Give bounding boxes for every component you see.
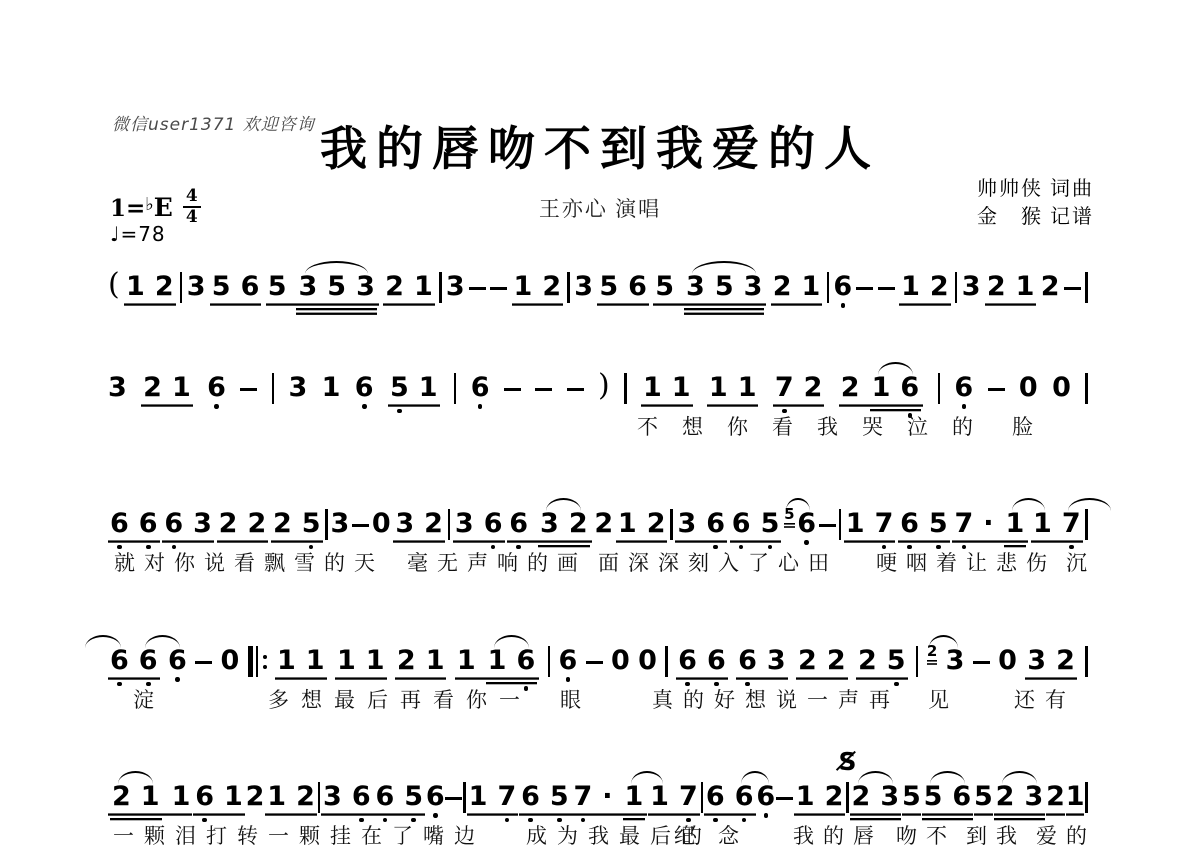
music-line: (123565353213123565353216123212 — [0, 274, 1200, 303]
note: 3 — [193, 511, 212, 537]
octave-dot — [478, 404, 483, 409]
slur-arc — [1012, 498, 1046, 511]
dash-note — [988, 388, 1005, 391]
note: 1 — [126, 274, 145, 300]
beam-group: 12 — [512, 274, 564, 300]
lyric-segment: 见 — [928, 684, 958, 714]
lyrics-row: 就对你说看飘雪的天毫无声响的画面深深刻入了心田哽咽着让悲伤沉 — [0, 547, 1200, 577]
beam-group: 11 — [641, 375, 693, 401]
note: 2 — [397, 648, 416, 674]
note: 6 — [426, 784, 445, 810]
beam-group: 66 — [108, 511, 160, 537]
note: 5 — [268, 274, 287, 300]
beam-group: 65 — [373, 784, 425, 810]
augmentation-dot: · — [983, 511, 993, 537]
note: 6 — [110, 511, 129, 537]
dash-note — [240, 388, 257, 391]
note: 1 — [426, 648, 445, 674]
note: 5 — [212, 274, 231, 300]
beam-group: 32 — [393, 511, 445, 537]
rest-note: 0 — [220, 648, 239, 674]
notation-row: 211612123665617657·11766612S̸2355652321 — [108, 784, 1088, 813]
note: 1 — [738, 375, 757, 401]
note: 6 — [509, 511, 528, 537]
beam-group: 61 — [193, 784, 245, 810]
note: 6 — [207, 375, 226, 401]
beam-group: 211 — [108, 784, 192, 810]
slur-arc — [1002, 771, 1037, 784]
note: 5 — [761, 511, 780, 537]
open-paren: ( — [108, 271, 120, 299]
note: 1 — [618, 511, 637, 537]
slur-arc — [118, 771, 153, 784]
rest-note: 0 — [372, 511, 391, 537]
music-line: 66601111211166006663222523032淀多想最后再看你一眼真… — [0, 648, 1200, 677]
beam-group: 16 — [486, 648, 538, 674]
beam-group: 23 — [994, 784, 1046, 810]
lyric-segment: 还有 — [1014, 684, 1076, 714]
dash-note — [504, 388, 521, 391]
barline — [827, 272, 830, 303]
note: 3 — [962, 274, 981, 300]
note: 1 — [802, 274, 821, 300]
barline — [624, 373, 627, 404]
note: 7 — [679, 784, 698, 810]
note: 1 — [901, 274, 920, 300]
beam-group: 1 — [1004, 511, 1027, 537]
note: 3 — [356, 274, 375, 300]
note: 3 — [574, 274, 593, 300]
beam-group: 17 — [467, 784, 519, 810]
note: 6 — [797, 511, 816, 537]
note: 2 — [296, 784, 315, 810]
slur-arc — [305, 261, 369, 274]
slur-arc — [878, 362, 913, 375]
note: 6 — [558, 648, 577, 674]
beam-group: 66 — [704, 784, 756, 810]
octave-dot — [362, 404, 367, 409]
barline — [548, 646, 551, 677]
lyric-segment: 脸 — [1012, 411, 1042, 441]
note: 1 — [643, 375, 662, 401]
music-line: 211612123665617657·11766612S̸2355652321一… — [0, 784, 1200, 813]
note: 2 — [825, 784, 844, 810]
repeat-dot — [263, 665, 267, 669]
note: 2 — [996, 784, 1015, 810]
octave-dot — [175, 677, 180, 682]
note: 1 — [306, 648, 325, 674]
slur-arc — [741, 771, 769, 784]
beam-group: 66 — [108, 648, 160, 674]
note: 6 — [195, 784, 214, 810]
beam-group: 21 — [985, 274, 1037, 300]
note: 2 — [542, 274, 561, 300]
lyrics-row: 不想你看我哭泣的脸 — [0, 411, 1200, 441]
slur-arc — [85, 635, 121, 648]
dash-note — [878, 287, 895, 290]
note: 5 — [924, 784, 943, 810]
octave-dot — [566, 677, 571, 682]
dash-note — [819, 524, 836, 527]
segno-icon: S̸ — [838, 747, 856, 776]
beam-group: 353 — [684, 274, 764, 300]
barline — [938, 373, 941, 404]
beam-group: 63 — [162, 511, 214, 537]
note: 6 — [756, 784, 775, 810]
note: 6 — [706, 511, 725, 537]
barline — [272, 373, 275, 404]
note: 1 — [322, 375, 341, 401]
note: 3 — [744, 274, 763, 300]
note: 5 — [655, 274, 674, 300]
note: 6 — [900, 375, 919, 401]
note: 7 — [875, 511, 894, 537]
note: 1 — [1066, 784, 1085, 810]
tempo-value: =78 — [120, 222, 165, 246]
lyrics-row: 淀多想最后再看你一眼真的好想说一声再见还有 — [0, 684, 1200, 714]
note: 1 — [650, 784, 669, 810]
augmentation-dot: · — [602, 784, 612, 810]
note: 2 — [647, 511, 666, 537]
note: 5 — [302, 511, 321, 537]
beam-group: 11 — [275, 648, 327, 674]
beam-group: 21 — [110, 784, 162, 810]
beam-group: 5353 — [266, 274, 379, 300]
note: 2 — [858, 648, 877, 674]
note: 5 — [327, 274, 346, 300]
note: 3 — [686, 274, 705, 300]
note: 6 — [355, 375, 374, 401]
note: 1 — [457, 648, 476, 674]
note: 5 — [887, 648, 906, 674]
beam-group: 216 — [839, 375, 923, 401]
note: 5 — [902, 784, 921, 810]
beam-group: 17 — [648, 784, 700, 810]
lyric-segment: 淀 — [133, 684, 163, 714]
barline — [448, 509, 451, 540]
note: 1 — [172, 375, 191, 401]
lyric-segment: 念 — [718, 820, 748, 850]
repeat-start-barline — [248, 646, 267, 677]
note: 2 — [594, 511, 613, 537]
barline — [1085, 272, 1088, 303]
note: 6 — [352, 784, 371, 810]
barline — [665, 646, 668, 677]
rest-note: 0 — [1019, 375, 1038, 401]
beam-group: 51 — [388, 375, 440, 401]
note: 2 — [798, 648, 817, 674]
music-line: 6663222530323663221236655617657·117就对你说看… — [0, 511, 1200, 540]
lyric-segment: 沉 — [1066, 547, 1096, 577]
lyric-segment: 面深深刻入了心田 — [598, 547, 838, 577]
note: 2 — [1046, 784, 1065, 810]
note: 1 — [846, 511, 865, 537]
repeat-dots — [261, 646, 267, 677]
beam-group: 65 — [898, 511, 950, 537]
note: 6 — [241, 274, 260, 300]
note: 3 — [395, 511, 414, 537]
beam-group: 23 — [850, 784, 902, 810]
note: 2 — [827, 648, 846, 674]
note: 2 — [930, 274, 949, 300]
note: 5 — [715, 274, 734, 300]
beam-group: 12 — [616, 511, 668, 537]
note: 1 — [419, 375, 438, 401]
note: 2 — [155, 274, 174, 300]
beam-group: 32 — [538, 511, 590, 537]
lyric-segment: 我的唇 — [793, 820, 883, 850]
note: 6 — [707, 648, 726, 674]
note: 5 — [929, 511, 948, 537]
slur-arc — [145, 635, 180, 648]
credit-composer: 帅帅侠 词曲 — [977, 175, 1094, 203]
beam-group: 116 — [455, 648, 539, 674]
dash-note — [567, 388, 584, 391]
note: 1 — [796, 784, 815, 810]
beam-group: 36 — [675, 511, 727, 537]
beam-group: 25 — [271, 511, 323, 537]
note: 6 — [738, 648, 757, 674]
beam-group: 21 — [383, 274, 435, 300]
note: 1 — [872, 375, 891, 401]
dash-note — [445, 797, 462, 800]
note: 1 — [267, 784, 286, 810]
rest-note: 0 — [611, 648, 630, 674]
beam-group: 66 — [676, 648, 728, 674]
note: 1 — [1006, 511, 1025, 537]
barline — [318, 782, 321, 813]
octave-dot — [962, 404, 967, 409]
note: 1 — [625, 784, 644, 810]
barline — [325, 509, 328, 540]
close-paren: ) — [598, 372, 610, 400]
barline — [701, 782, 704, 813]
rest-note: 0 — [638, 648, 657, 674]
lyric-segment: 爱的 — [1036, 820, 1096, 850]
note: 2 — [246, 784, 265, 810]
beam-group: 65 — [519, 784, 571, 810]
note: 2 — [273, 511, 292, 537]
note: 6 — [833, 274, 852, 300]
beam-group: 32 — [1025, 648, 1077, 674]
lyric-segment: 吻不 — [896, 820, 956, 850]
note: 2 — [773, 274, 792, 300]
octave-dot — [764, 813, 769, 818]
sheet-music-page: 微信user1371 欢迎咨询 我的唇吻不到我爱的人 王亦心 演唱 帅帅侠 词曲… — [0, 0, 1200, 850]
beam-group: 5353 — [653, 274, 766, 300]
lyric-segment: 多想最后再看你一 — [268, 684, 532, 714]
notation-row: 66601111211166006663222523032 — [108, 648, 1088, 677]
lyric-segment: 眼 — [560, 684, 590, 714]
lyric-segment: 一颗泪打转一颗挂在了嘴边 — [113, 820, 485, 850]
octave-dot — [433, 813, 438, 818]
note: 3 — [540, 511, 559, 537]
page-title: 我的唇吻不到我爱的人 — [0, 112, 1200, 179]
note: 3 — [446, 274, 465, 300]
credit-transcriber: 金 猴 记谱 — [977, 203, 1094, 231]
note: 3 — [1027, 648, 1046, 674]
note: 3 — [946, 648, 965, 674]
note: 3 — [455, 511, 474, 537]
notation-row: 6663222530323663221236655617657·117 — [108, 511, 1088, 540]
key-letter: E — [154, 193, 173, 222]
note: 5 — [550, 784, 569, 810]
slur-arc — [930, 771, 965, 784]
barline: S̸ — [846, 782, 849, 813]
lyric-segment: 真的好想说一声再 — [652, 684, 900, 714]
note: 6 — [139, 648, 158, 674]
beam-group: 1 — [623, 784, 646, 810]
beam-group: 632 — [507, 511, 591, 537]
note: 3 — [288, 375, 307, 401]
beam-group: 12 — [265, 784, 317, 810]
note: 6 — [521, 784, 540, 810]
dash-note — [469, 287, 486, 290]
note: 6 — [954, 375, 973, 401]
barline — [955, 272, 958, 303]
note: 6 — [732, 511, 751, 537]
note: 5 — [404, 784, 423, 810]
dash-note — [352, 524, 369, 527]
note: 1 — [1016, 274, 1035, 300]
rest-note: 0 — [1052, 375, 1071, 401]
note: 2 — [385, 274, 404, 300]
slur-arc — [929, 635, 958, 648]
note: 1 — [672, 375, 691, 401]
lyrics-row: 一颗泪打转一颗挂在了嘴边成为我最后的纪念我的唇吻不到我爱的 — [0, 820, 1200, 850]
tempo-marking: ♩=78 — [110, 222, 166, 246]
note: 2 — [219, 511, 238, 537]
note: 2 — [987, 274, 1006, 300]
barline — [1085, 509, 1088, 540]
note: 6 — [139, 511, 158, 537]
note: 6 — [471, 375, 490, 401]
lyric-segment: 毫无声响的画 — [407, 547, 587, 577]
note: 1 — [469, 784, 488, 810]
dash-note — [973, 661, 990, 664]
barline — [916, 646, 919, 677]
beam-group: 11 — [707, 375, 759, 401]
lyric-segment: 就对你说看飘雪的天 — [114, 547, 384, 577]
repeat-dot — [263, 655, 267, 659]
beam-group: 21 — [395, 648, 447, 674]
note: 3 — [108, 375, 127, 401]
note: 2 — [424, 511, 443, 537]
note: 6 — [735, 784, 754, 810]
beam-group: 17 — [1031, 511, 1083, 537]
note: 6 — [168, 648, 187, 674]
beam-group: 22 — [217, 511, 269, 537]
beam-group: 21 — [141, 375, 193, 401]
note: 6 — [952, 784, 971, 810]
octave-dot — [804, 540, 809, 545]
beam-group: 36 — [453, 511, 505, 537]
barline — [463, 782, 466, 813]
barline — [1085, 782, 1088, 813]
beam-group: 353 — [296, 274, 376, 300]
slur-arc — [546, 498, 581, 511]
note: 5 — [390, 375, 409, 401]
note: 1 — [1033, 511, 1052, 537]
beam-group: 16 — [870, 375, 922, 401]
repeat-thin-bar — [256, 646, 258, 677]
beam-group: 56 — [597, 274, 649, 300]
note: 7 — [954, 511, 973, 537]
slur-arc — [631, 771, 663, 784]
note: 7 — [573, 784, 592, 810]
beam-group: 12 — [124, 274, 176, 300]
notation-row: 3216316516)111172216600 — [108, 375, 1088, 404]
slur-arc — [1068, 498, 1111, 511]
note: 3 — [331, 511, 350, 537]
beam-group: 65 — [730, 511, 782, 537]
slur-arc — [858, 771, 893, 784]
time-signature-bottom: 4 — [186, 208, 198, 226]
barline — [454, 373, 457, 404]
note: 1 — [277, 648, 296, 674]
note: 3 — [677, 511, 696, 537]
barline — [180, 272, 183, 303]
beam-group: 7·1 — [571, 784, 647, 810]
note: 6 — [484, 511, 503, 537]
beam-group: 11 — [335, 648, 387, 674]
note: 2 — [804, 375, 823, 401]
beam-group: 12 — [794, 784, 846, 810]
note: 1 — [141, 784, 160, 810]
dash-note — [856, 287, 873, 290]
note: 3 — [767, 648, 786, 674]
note: 6 — [900, 511, 919, 537]
note: 1 — [514, 274, 533, 300]
note: 6 — [375, 784, 394, 810]
time-signature: 4 4 — [183, 188, 201, 226]
rest-note: 0 — [998, 648, 1017, 674]
note: 3 — [880, 784, 899, 810]
note: 1 — [337, 648, 356, 674]
beam-group: 7·1 — [952, 511, 1028, 537]
dash-note — [776, 797, 793, 800]
note: 3 — [323, 784, 342, 810]
note: 5 — [974, 784, 993, 810]
quarter-note-icon: ♩ — [110, 222, 120, 246]
lyric-segment: 到我 — [966, 820, 1026, 850]
note: 7 — [497, 784, 516, 810]
note: 2 — [247, 511, 266, 537]
beam-group: 63 — [736, 648, 788, 674]
time-signature-top: 4 — [183, 188, 201, 208]
note: 1 — [488, 648, 507, 674]
note: 6 — [628, 274, 647, 300]
key-signature: 1=♭E 4 4 — [110, 188, 201, 226]
note: 2 — [112, 784, 131, 810]
lyric-segment: 不想你看我哭泣的 — [637, 411, 997, 441]
barline — [567, 272, 570, 303]
notation-row: (123565353213123565353216123212 — [108, 274, 1088, 303]
note: 5 — [599, 274, 618, 300]
dash-note — [535, 388, 552, 391]
note: 7 — [1062, 511, 1081, 537]
slur-arc — [494, 635, 529, 648]
beam-group: 25 — [856, 648, 908, 674]
note: 6 — [678, 648, 697, 674]
note: 1 — [414, 274, 433, 300]
beam-group: 12 — [899, 274, 951, 300]
key-text: 1=♭E — [110, 193, 173, 222]
dash-note — [490, 287, 507, 290]
music-line: 3216316516)111172216600不想你看我哭泣的脸 — [0, 375, 1200, 404]
note: 7 — [775, 375, 794, 401]
flat-icon: ♭ — [145, 194, 154, 215]
